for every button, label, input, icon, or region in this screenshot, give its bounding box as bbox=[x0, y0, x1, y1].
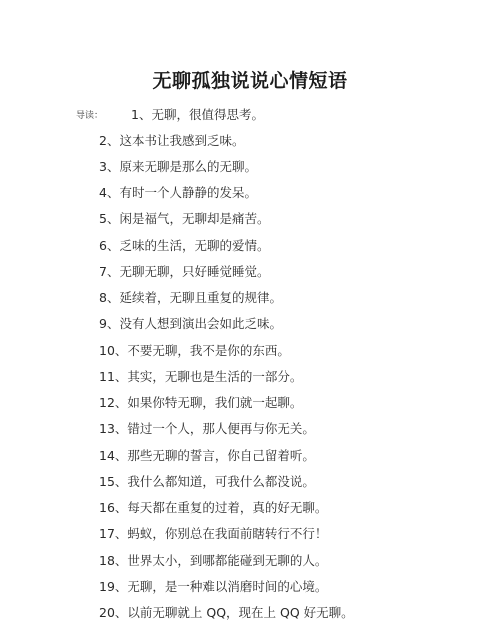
list-item: 15、我什么都知道，可我什么都没说。 bbox=[99, 472, 315, 490]
list-item: 6、乏味的生活，无聊的爱情。 bbox=[99, 236, 269, 254]
list-item: 5、闲是福气，无聊却是痛苦。 bbox=[99, 209, 269, 227]
list-item: 20、以前无聊就上 QQ，现在上 QQ 好无聊。 bbox=[99, 603, 354, 621]
lead-label: 导读： bbox=[76, 108, 103, 121]
list-item: 14、那些无聊的誓言，你自己留着听。 bbox=[99, 446, 315, 464]
list-item: 9、没有人想到演出会如此乏味。 bbox=[99, 314, 282, 332]
list-item: 7、无聊无聊，只好睡觉睡觉。 bbox=[99, 262, 269, 280]
list-item: 2、这本书让我感到乏味。 bbox=[99, 131, 244, 149]
list-item: 16、每天都在重复的过着，真的好无聊。 bbox=[99, 498, 327, 516]
list-item: 10、不要无聊，我不是你的东西。 bbox=[99, 341, 290, 359]
list-item: 1、无聊，很值得思考。 bbox=[131, 105, 264, 123]
list-item: 3、原来无聊是那么的无聊。 bbox=[99, 157, 257, 175]
list-item: 19、无聊，是一种难以消磨时间的心境。 bbox=[99, 577, 327, 595]
list-item: 8、延续着，无聊且重复的规律。 bbox=[99, 288, 282, 306]
list-item: 13、错过一个人，那人便再与你无关。 bbox=[99, 419, 315, 437]
list-item: 17、蚂蚁，你别总在我面前瞎转行不行！ bbox=[99, 524, 327, 542]
list-item: 4、有时一个人静静的发呆。 bbox=[99, 183, 257, 201]
list-item: 18、世界太小，到哪都能碰到无聊的人。 bbox=[99, 551, 327, 569]
list-item: 12、如果你特无聊，我们就一起聊。 bbox=[99, 393, 302, 411]
document-title: 无聊孤独说说心情短语 bbox=[0, 66, 500, 93]
list-item: 11、其实，无聊也是生活的一部分。 bbox=[99, 367, 302, 385]
